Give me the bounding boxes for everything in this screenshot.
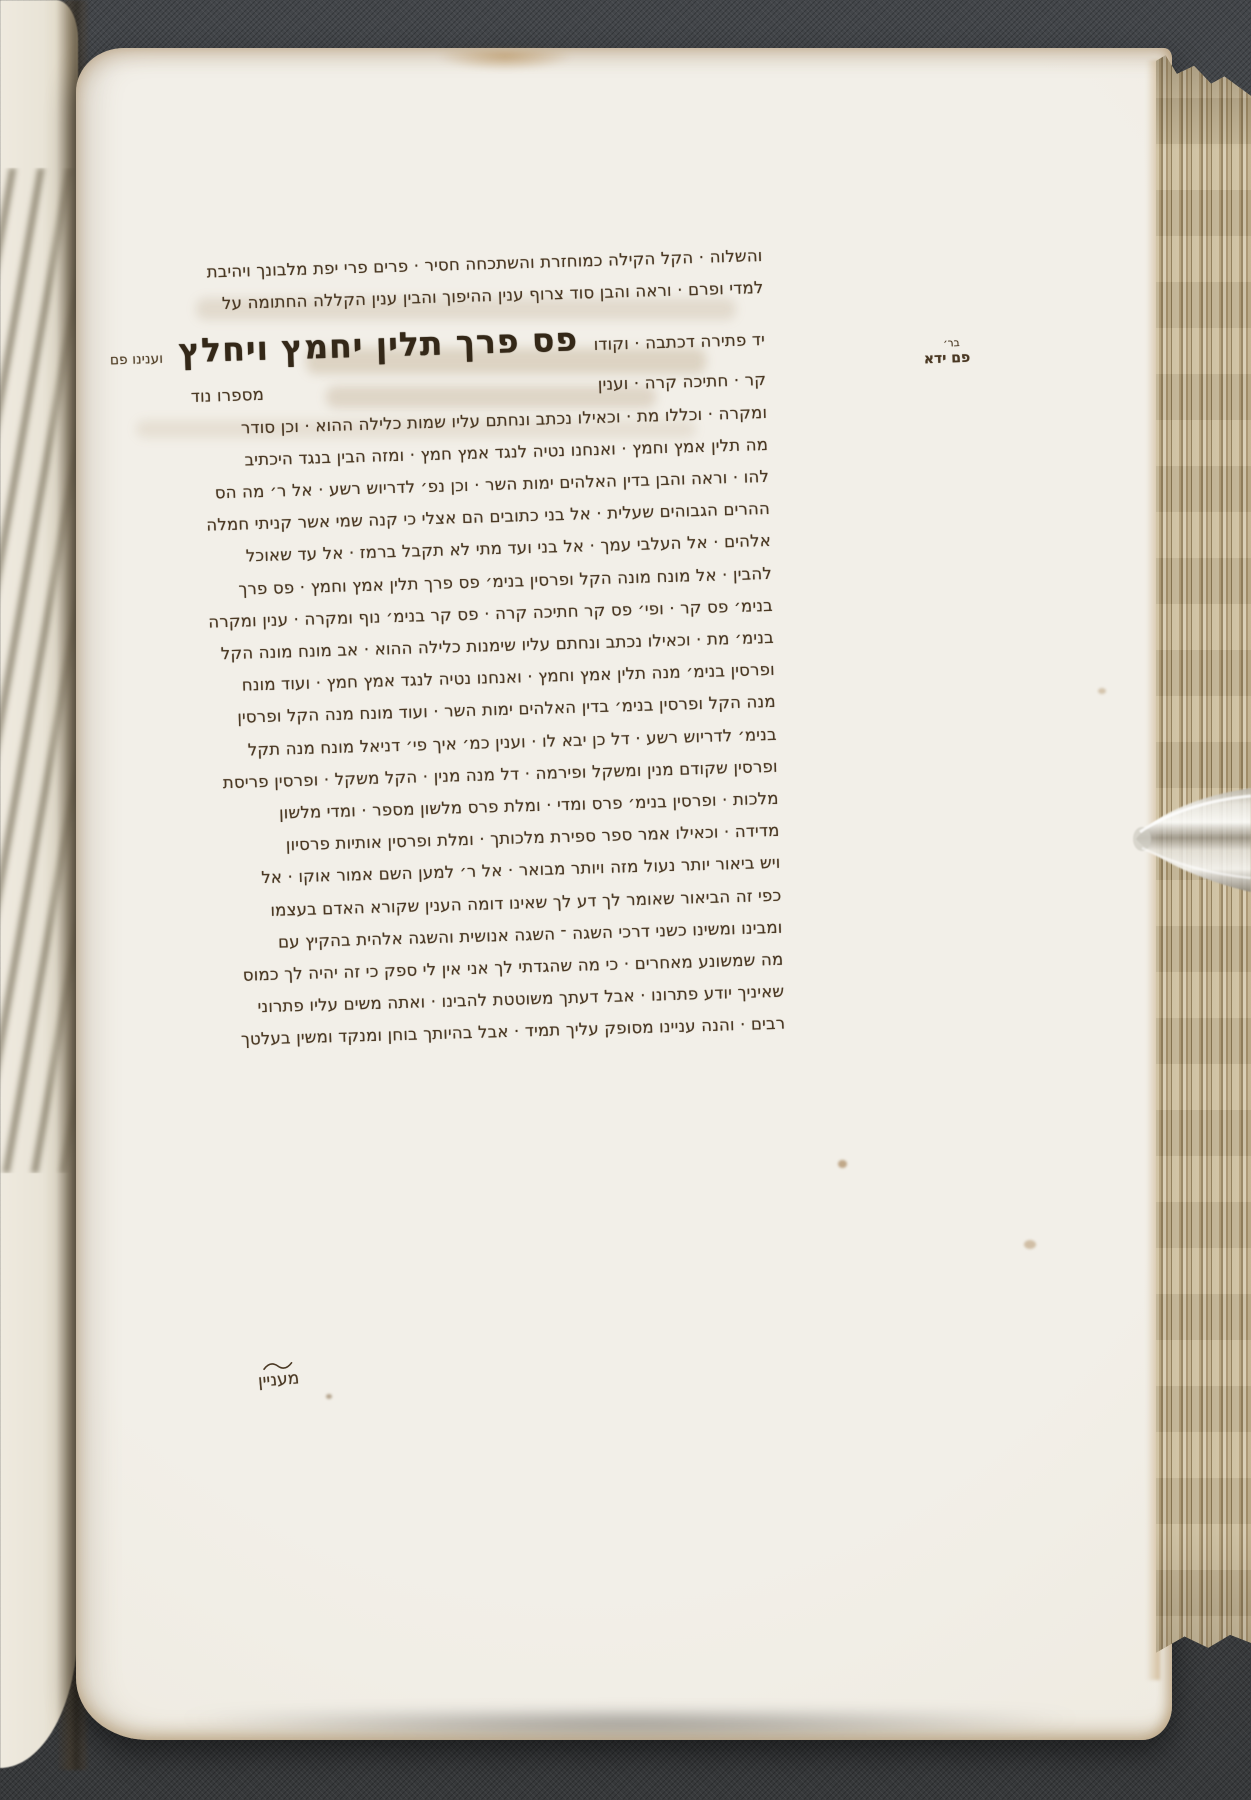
text-block: והשלוה · הקל הקילה כמוחזרת והשתכחה חסיר … <box>112 240 785 1060</box>
heading-after-text: וענינו פם <box>110 351 164 369</box>
foxing-spot <box>1024 1240 1036 1249</box>
heading-display-text: פס פרך תלין יחמץ ויחלץ <box>178 320 579 371</box>
manuscript-photo: { "photo": { "subject": "Opened medieval… <box>0 0 1251 1800</box>
manuscript-page: והשלוה · הקל הקילה כמוחזרת והשתכחה חסיר … <box>76 48 1172 1740</box>
margin-note-bottom: פם ידא <box>898 349 971 370</box>
catchword: מעניין <box>257 1368 300 1392</box>
photo-stage: והשלוה · הקל הקילה כמוחזרת והשתכחה חסיר … <box>0 0 1251 1800</box>
book-shadow <box>60 1716 1200 1766</box>
top-edge-stain <box>430 50 580 82</box>
foxing-spot <box>326 1394 332 1399</box>
margin-note: בר׳ פם ידא <box>897 337 970 369</box>
foxing-spot <box>1098 688 1106 694</box>
text-lines-lower: קר · חתיכה קרה · וענין מספרו נודומקרה · … <box>116 364 786 1059</box>
foxing-spot <box>838 1160 847 1168</box>
heading-before-text: יד פתירה דכתבה · וקודו <box>593 330 765 354</box>
glass-cone-weight <box>1126 780 1251 902</box>
